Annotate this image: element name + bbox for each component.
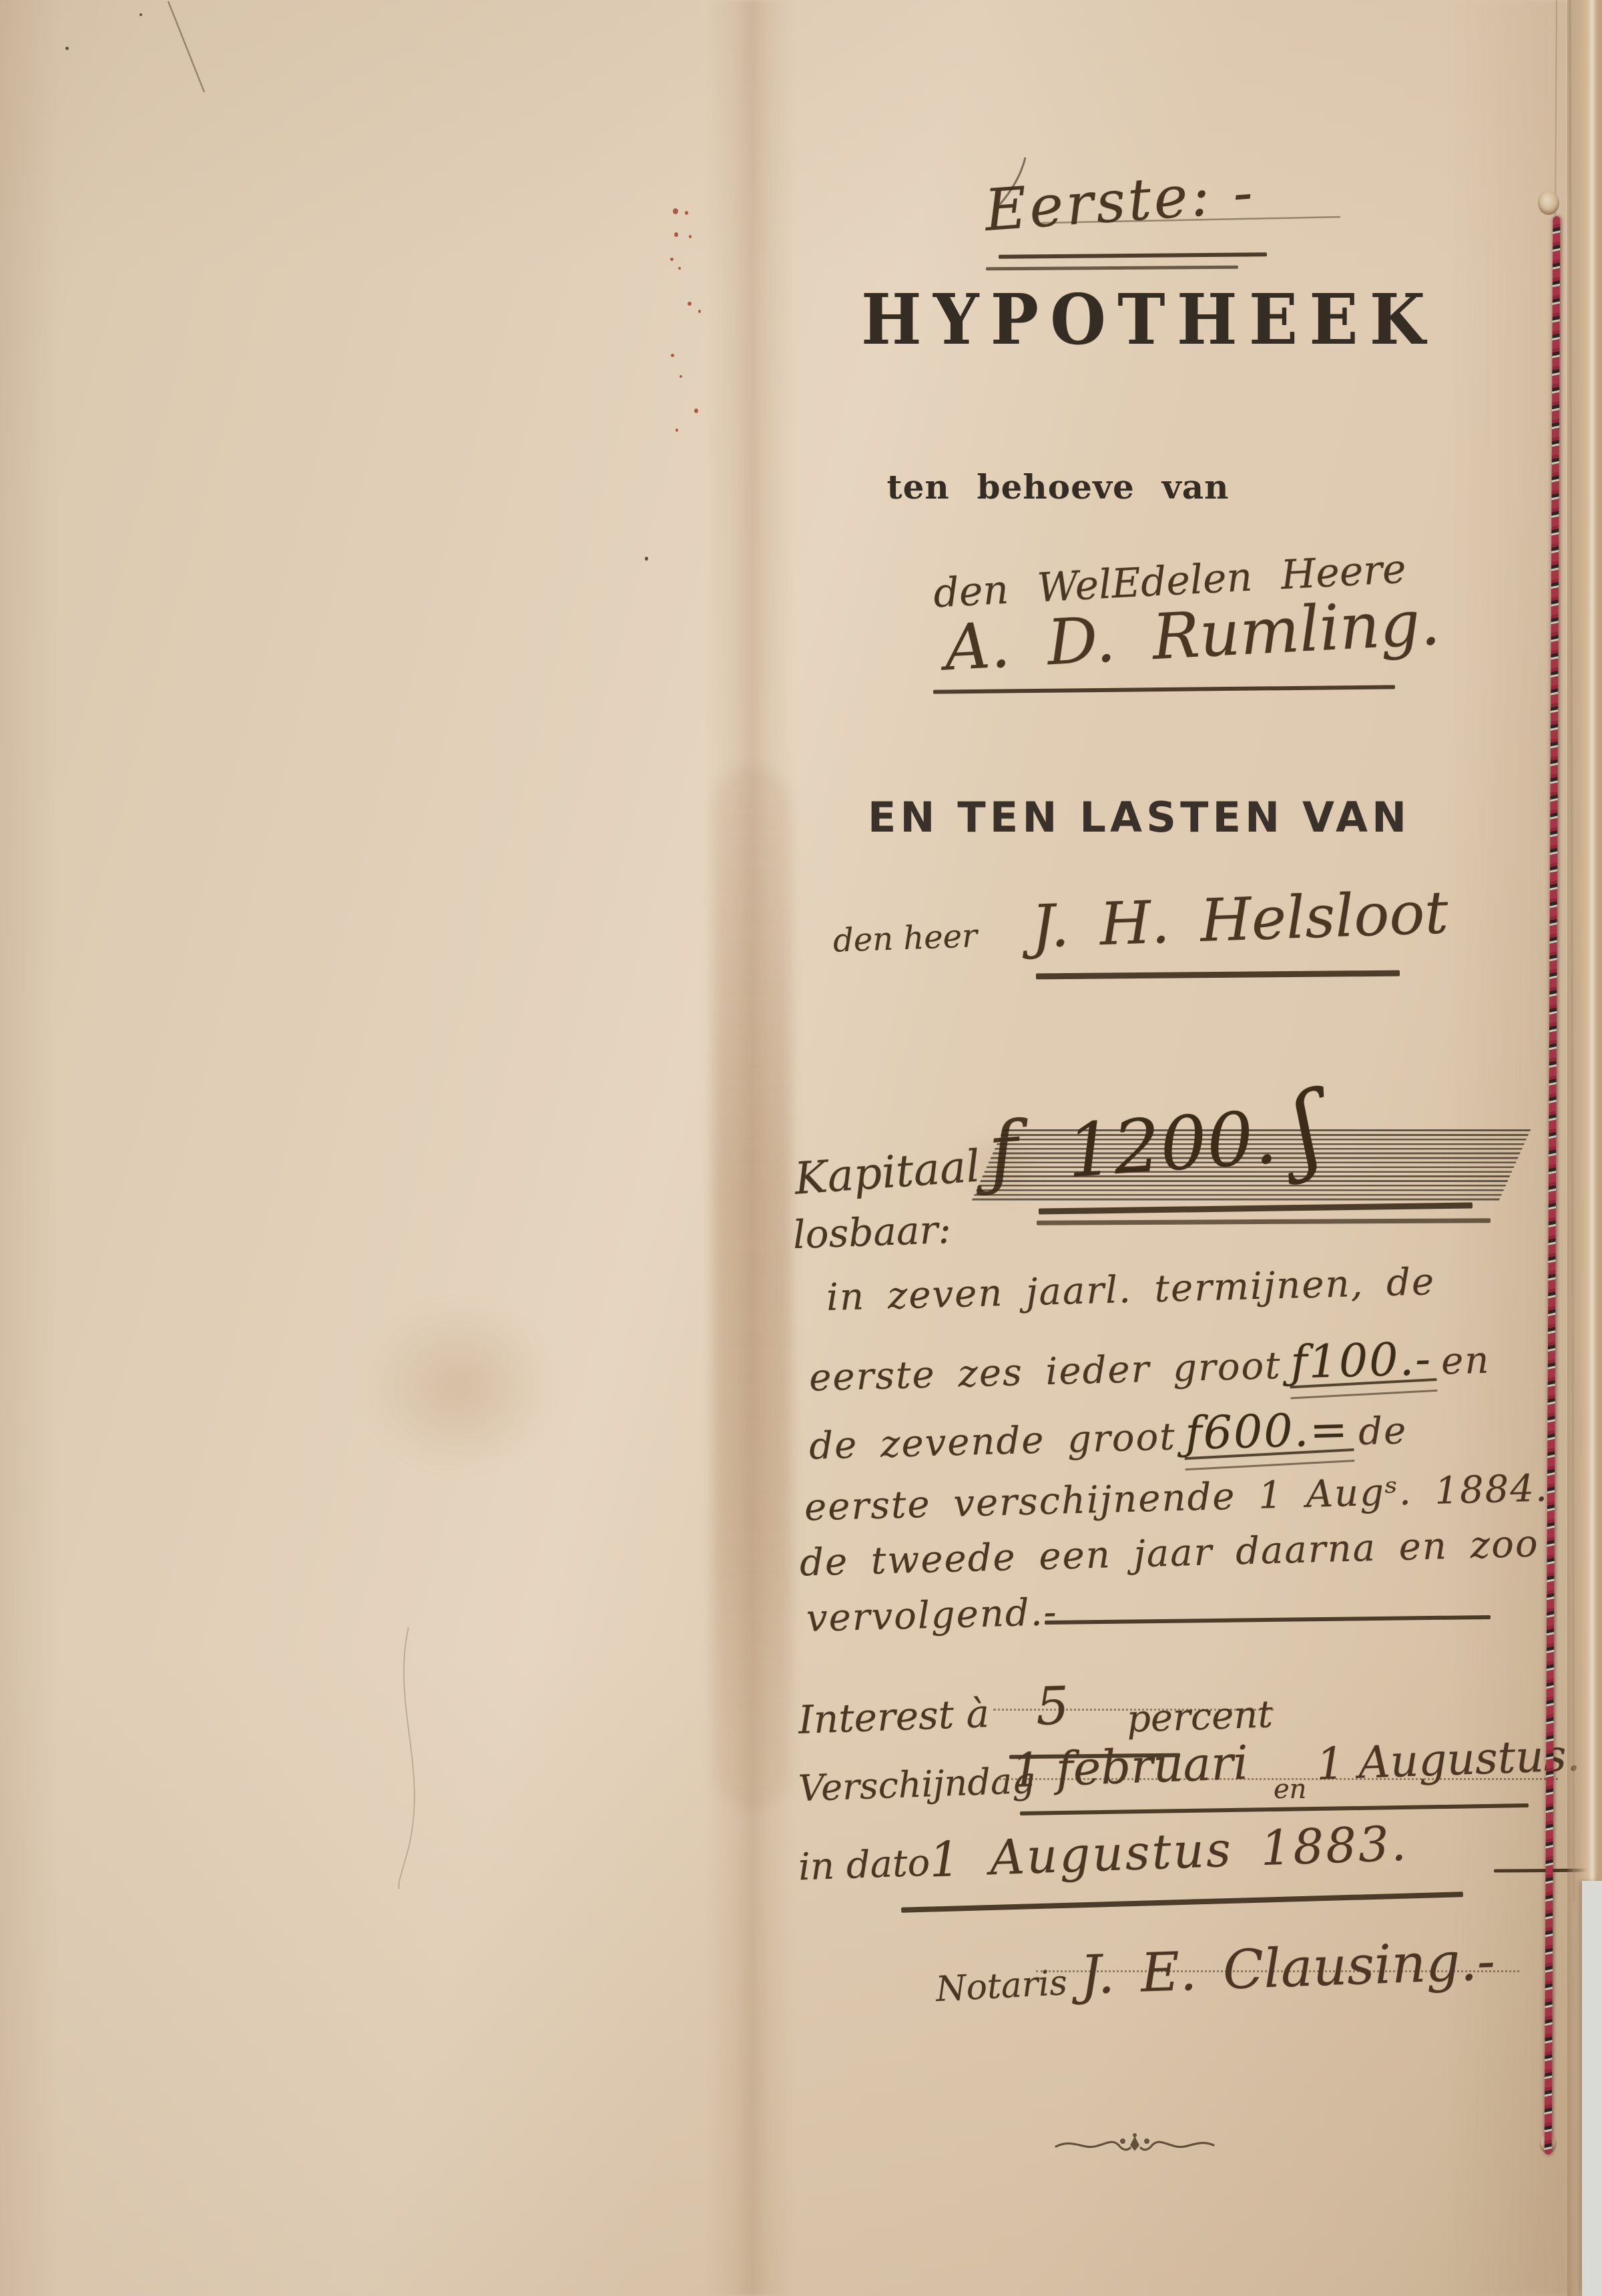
debtor-name-underline bbox=[1036, 970, 1400, 980]
eerste-underline-2 bbox=[986, 266, 1238, 271]
kapitaal-amount-text: 1200. bbox=[1064, 1094, 1280, 1194]
beneficiary-name-underline bbox=[933, 685, 1395, 693]
dato-label: in dato bbox=[798, 1841, 930, 1890]
red-speck bbox=[698, 310, 701, 313]
handwritten-annotation-eerste: Eerste: - bbox=[983, 159, 1258, 244]
red-speck bbox=[676, 428, 678, 432]
losbaar-line: eerste zes ieder grootƒ100.-en bbox=[808, 1332, 1491, 1402]
eerste-underline-1 bbox=[999, 252, 1267, 259]
kapitaal-amount: 1200.ʃ bbox=[1064, 1091, 1322, 1194]
divider-flourish-icon bbox=[1053, 2130, 1216, 2161]
red-speck bbox=[689, 235, 692, 238]
losbaar-line-post: de bbox=[1358, 1409, 1408, 1454]
left-edge-shading bbox=[0, 0, 60, 2296]
debtor-prefix: den heer bbox=[832, 917, 978, 960]
fold-crease-stain bbox=[713, 768, 792, 1809]
red-speck bbox=[694, 408, 698, 413]
losbaar-line: in zeven jaarl. termijnen, de bbox=[826, 1260, 1436, 1320]
interest-value: 5 bbox=[1035, 1676, 1070, 1737]
kapitaal-underline-2 bbox=[1037, 1218, 1491, 1225]
scanner-background-strip bbox=[1582, 1881, 1602, 2296]
brown-stain bbox=[366, 1303, 553, 1470]
losbaar-line: de zevende grootƒ600.=de bbox=[808, 1402, 1408, 1470]
debtor-heading: EN TEN LASTEN VAN bbox=[868, 793, 1402, 842]
red-speck bbox=[674, 232, 678, 237]
red-speck bbox=[680, 375, 682, 378]
red-speck bbox=[678, 267, 681, 270]
notary-dotted-line bbox=[1036, 1970, 1519, 1972]
dark-fleck bbox=[645, 557, 648, 561]
verschijndag-dotted-line bbox=[996, 1778, 1558, 1780]
dato-underline bbox=[901, 1892, 1463, 1913]
losbaar-line: de tweede een jaar daarna en zoo bbox=[799, 1522, 1539, 1585]
interest-label: Interest à bbox=[798, 1691, 990, 1743]
page-title: HYPOTHEEK bbox=[861, 279, 1395, 360]
vervolgend-fill-rule bbox=[1045, 1615, 1491, 1625]
red-speck bbox=[688, 302, 692, 306]
losbaar-line-pre: de zevende groot bbox=[808, 1415, 1176, 1468]
losbaar-line-post: en bbox=[1440, 1339, 1491, 1384]
debtor-name: J. H. Helsloot bbox=[1030, 878, 1449, 961]
kapitaal-underline-1 bbox=[1039, 1202, 1473, 1214]
kapitaal-paraph-stroke: ʃ bbox=[1294, 1126, 1318, 1132]
dark-fleck bbox=[65, 47, 69, 50]
term-amount: ƒ100.- bbox=[1290, 1333, 1432, 1390]
kapitaal-label-text: Kapitaal bbox=[793, 1140, 982, 1204]
verschijndag-label: Verschijndag bbox=[798, 1759, 1036, 1809]
red-speck bbox=[673, 208, 678, 214]
beneficiary-intro: ten behoeve van bbox=[858, 467, 1258, 507]
notary-name: J. E. Clausing.- bbox=[1079, 1930, 1497, 2006]
binding-hole-top bbox=[1538, 191, 1559, 215]
losbaar-line: vervolgend.- bbox=[806, 1591, 1058, 1641]
red-speck bbox=[671, 354, 674, 357]
scanned-deed-cover-page: Eerste: - HYPOTHEEK ten behoeve van den … bbox=[0, 0, 1602, 2296]
verschijndag-date2: 1 Augustus. bbox=[1316, 1729, 1581, 1790]
red-speck bbox=[685, 211, 688, 215]
losbaar-line: eerste verschijnende 1 Augˢ. 1884. bbox=[804, 1466, 1549, 1529]
dark-fleck bbox=[140, 13, 142, 16]
losbaar-label: losbaar: bbox=[792, 1207, 952, 1257]
interest-unit: percent bbox=[1126, 1693, 1274, 1741]
losbaar-line-pre: eerste zes ieder groot bbox=[808, 1344, 1282, 1400]
term-amount: ƒ600.= bbox=[1185, 1404, 1350, 1460]
red-speck bbox=[670, 258, 674, 261]
dato-value: 1 Augustus 1883. bbox=[928, 1815, 1409, 1888]
verschijndag-date1: 1 februari bbox=[1011, 1735, 1250, 1798]
